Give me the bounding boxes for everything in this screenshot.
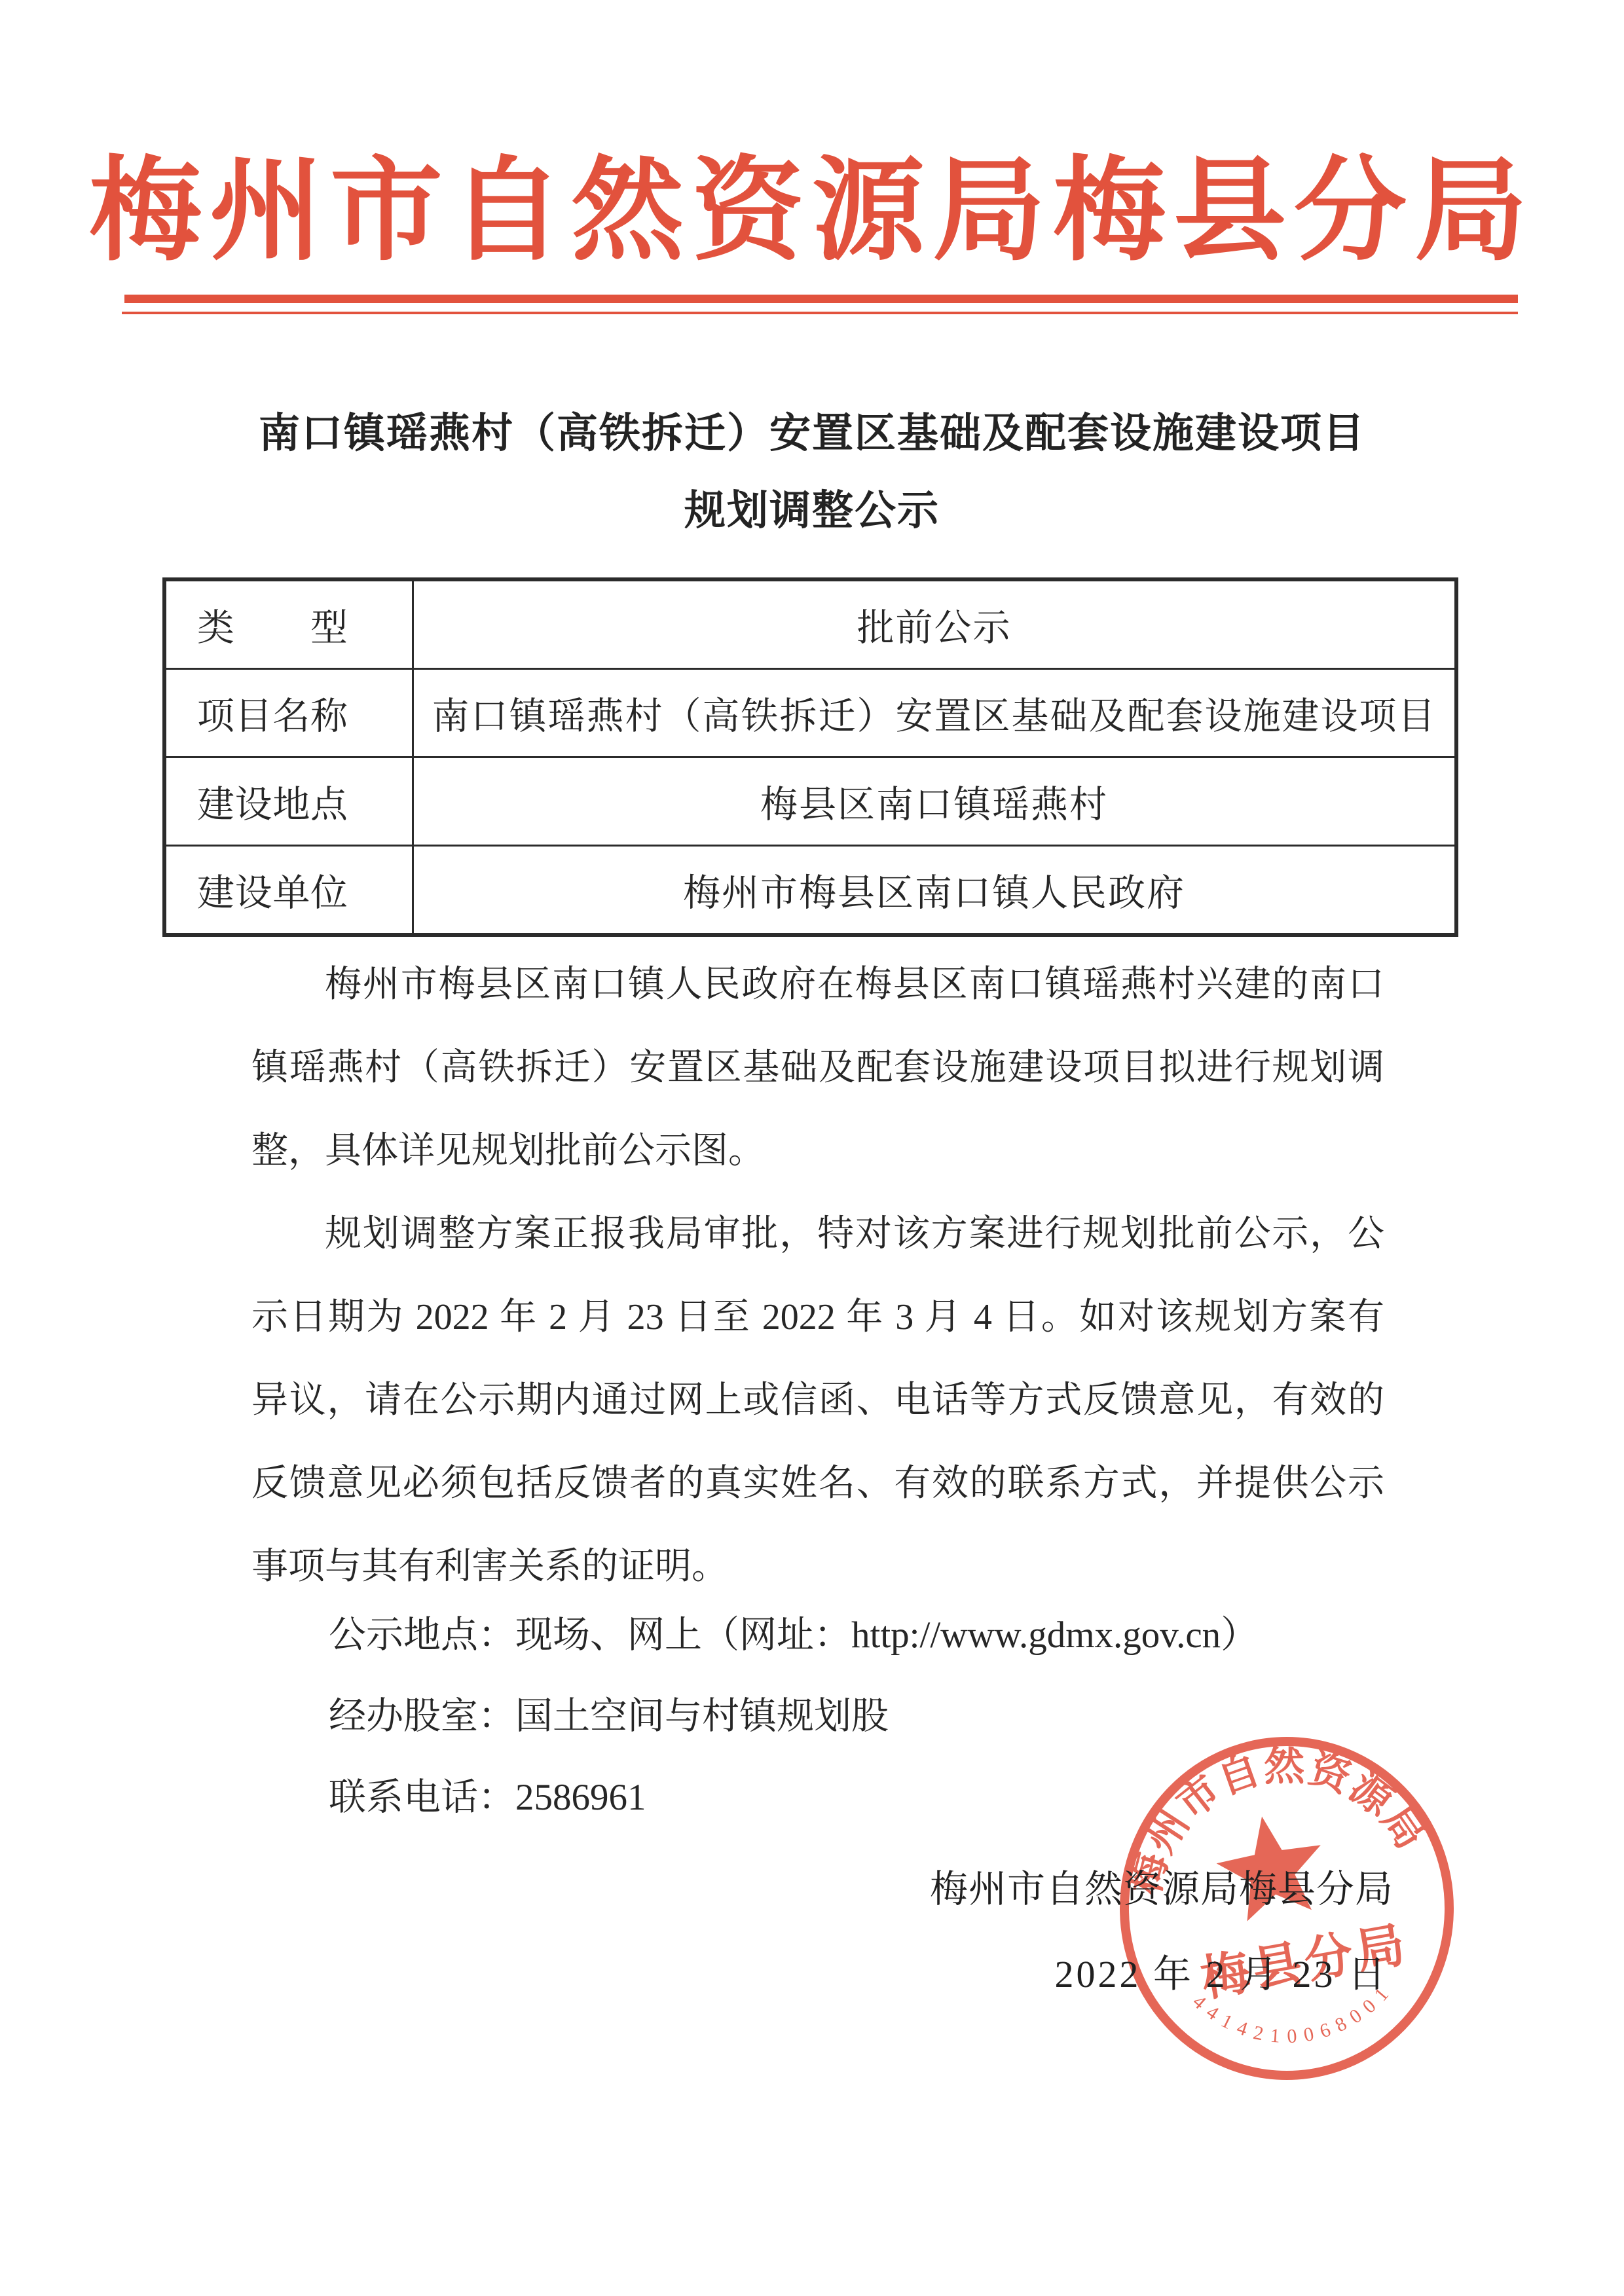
table-row: 建设地点 梅县区南口镇瑶燕村 [164,757,1456,846]
letterhead-rule-thick [124,295,1518,303]
body-line: 镇瑶燕村（高铁拆迁）安置区基础及配套设施建设项目拟进行规划调 [251,1027,1384,1110]
doc-title-line2: 规划调整公示 [0,472,1624,549]
date-line: 2022 年 2 月 23 日 [1054,1943,1388,1998]
document-page: 梅州市自然资源局梅县分局 南口镇瑶燕村（高铁拆迁）安置区基础及配套设施建设项目 … [0,0,1624,2296]
contact-location-line: 公示地点：现场、网上（网址：http://www.gdmx.gov.cn） [251,1595,1384,1676]
signature-line: 梅州市自然资源局梅县分局 [930,1858,1393,1913]
row-value-builder: 梅州市梅县区南口镇人民政府 [413,846,1457,936]
row-value-type: 批前公示 [413,579,1457,669]
body-line: 示日期为 2022 年 2 月 23 日至 2022 年 3 月 4 日。如对该… [251,1276,1384,1359]
row-label-location: 建设地点 [197,774,348,828]
doc-title-line1: 南口镇瑶燕村（高铁拆迁）安置区基础及配套设施建设项目 [0,395,1624,472]
body-line: 梅州市梅县区南口镇人民政府在梅县区南口镇瑶燕村兴建的南口 [251,943,1384,1027]
letterhead-title: 梅州市自然资源局梅县分局 [0,156,1624,268]
body-line: 规划调整方案正报我局审批，特对该方案进行规划批前公示，公 [251,1193,1384,1276]
info-table: 类型 批前公示 项目名称 南口镇瑶燕村（高铁拆迁）安置区基础及配套设施建设项目 … [162,577,1458,937]
table-row: 类型 批前公示 [164,579,1456,669]
letterhead-rule-thin [122,312,1518,314]
table-row: 建设单位 梅州市梅县区南口镇人民政府 [164,846,1456,936]
body-paragraphs: 梅州市梅县区南口镇人民政府在梅县区南口镇瑶燕村兴建的南口 镇瑶燕村（高铁拆迁）安… [251,943,1384,1609]
body-line: 整，具体详见规划批前公示图。 [251,1110,1384,1193]
doc-title: 南口镇瑶燕村（高铁拆迁）安置区基础及配套设施建设项目 规划调整公示 [0,395,1624,549]
table-row: 项目名称 南口镇瑶燕村（高铁拆迁）安置区基础及配套设施建设项目 [164,669,1456,757]
row-label-project-name: 项目名称 [197,686,348,740]
body-line: 反馈意见必须包括反馈者的真实姓名、有效的联系方式，并提供公示 [251,1442,1384,1525]
row-label-builder: 建设单位 [197,863,348,917]
row-label-type: 类型 [197,598,348,651]
row-value-location: 梅县区南口镇瑶燕村 [413,757,1457,846]
row-value-project-name: 南口镇瑶燕村（高铁拆迁）安置区基础及配套设施建设项目 [413,669,1457,757]
body-line: 异议，请在公示期内通过网上或信函、电话等方式反馈意见，有效的 [251,1359,1384,1442]
